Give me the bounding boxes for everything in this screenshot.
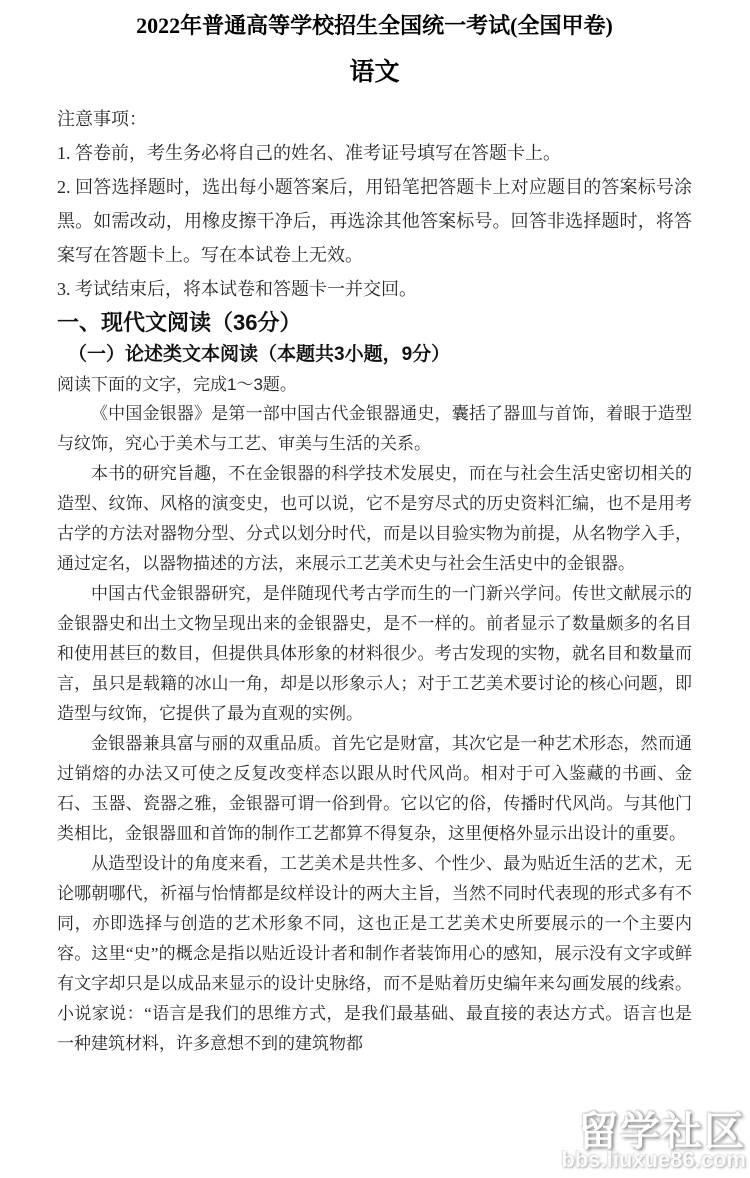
notice-item-2: 2. 回答选择题时，选出每小题答案后，用铅笔把答题卡上对应题目的答案标号涂黑。如…: [57, 170, 692, 272]
exam-subject-title: 语文: [57, 56, 692, 90]
exam-title: 2022年普通高等学校招生全国统一考试(全国甲卷): [57, 10, 692, 42]
passage-paragraph-4: 金银器兼具富与丽的双重品质。首先它是财富，其次它是一种艺术形态，然而通过销熔的办…: [57, 729, 692, 849]
passage-paragraph-2: 本书的研究旨趣，不在金银器的科学技术发展史，而在与社会生活史密切相关的造型、纹饰…: [57, 459, 692, 579]
passage-paragraph-1: 《中国金银器》是第一部中国古代金银器通史，囊括了器皿与首饰，着眼于造型与纹饰，究…: [57, 399, 692, 459]
notice-heading: 注意事项：: [57, 102, 692, 136]
passage-paragraph-5: 从造型设计的角度来看，工艺美术是共性多、个性少、最为贴近生活的艺术，无论哪朝哪代…: [57, 849, 692, 1059]
notice-item-1: 1. 答卷前，考生务必将自己的姓名、准考证号填写在答题卡上。: [57, 136, 692, 170]
notice-item-3: 3. 考试结束后，将本试卷和答题卡一并交回。: [57, 272, 692, 306]
reading-passage: 《中国金银器》是第一部中国古代金银器通史，囊括了器皿与首饰，着眼于造型与纹饰，究…: [57, 399, 692, 1059]
exam-paper-page: 2022年普通高等学校招生全国统一考试(全国甲卷) 语文 注意事项： 1. 答卷…: [0, 0, 750, 1178]
page-content: 2022年普通高等学校招生全国统一考试(全国甲卷) 语文 注意事项： 1. 答卷…: [0, 10, 750, 1059]
subsection-heading-argumentative-text: （一）论述类文本阅读（本题共3小题，9分）: [57, 339, 692, 371]
passage-paragraph-3: 中国古代金银器研究，是伴随现代考古学而生的一门新兴学问。传世文献展示的金银器史和…: [57, 579, 692, 729]
watermark-site-url: bbs.liuxue86.com: [561, 1148, 746, 1172]
reading-instruction: 阅读下面的文字，完成1～3题。: [57, 371, 692, 399]
watermark-logo-text: 留学社区: [561, 1110, 746, 1154]
watermark: 留学社区 bbs.liuxue86.com: [561, 1110, 746, 1172]
section-heading-modern-reading: 一、现代文阅读（36分）: [57, 306, 692, 339]
notice-section: 注意事项： 1. 答卷前，考生务必将自己的姓名、准考证号填写在答题卡上。 2. …: [57, 102, 692, 306]
